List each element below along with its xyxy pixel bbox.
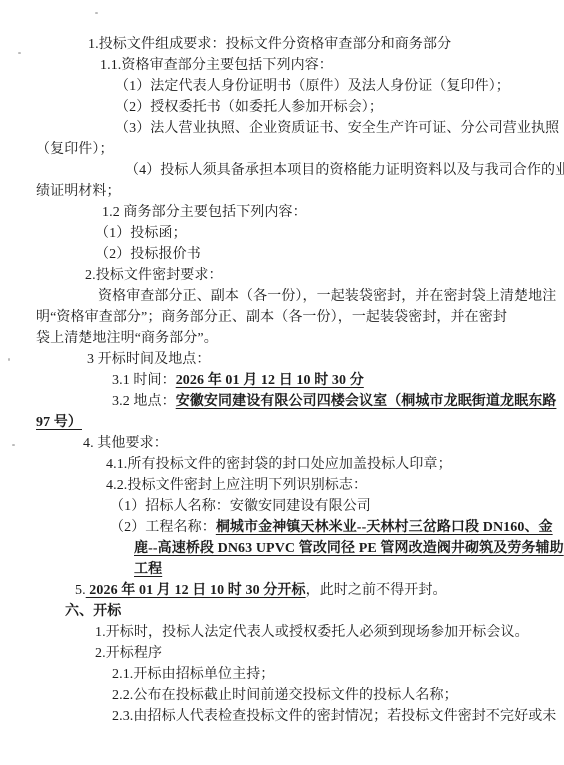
text-segment: ，此时之前不得开封。 <box>306 583 447 598</box>
document-line: 鹿--高速桥段 DN63 UPVC 管改同径 PE 管网改造阀井砌筑及劳务辅助 <box>134 538 536 559</box>
document-line: 3 开标时间及地点： <box>87 349 536 370</box>
text-segment: 97 号） <box>36 415 82 430</box>
document-line: 2.3.由招标人代表检查投标文件的密封情况；若投标文件密封不完好或未 <box>112 706 536 727</box>
scan-artifact <box>18 52 21 54</box>
text-segment: 1.开标时，投标人法定代表人或授权委托人必须到现场参加开标会议。 <box>95 625 529 640</box>
text-segment: 桐城市金神镇天林米业--天林村三岔路口段 DN160、金 <box>216 520 553 535</box>
document-line: （1）投标函； <box>95 223 536 244</box>
document-body: 1.投标文件组成要求：投标文件分资格审查部分和商务部分1.1.资格审查部分主要包… <box>36 34 536 727</box>
document-line: （2）授权委托书（如委托人参加开标会）； <box>115 97 536 118</box>
text-segment: 2026 年 01 月 12 日 10 时 30 分开标 <box>86 583 306 598</box>
text-segment: （2）投标报价书 <box>95 247 201 262</box>
document-line: （2）工程名称：桐城市金神镇天林米业--天林村三岔路口段 DN160、金 <box>110 517 536 538</box>
document-line: 绩证明材料； <box>36 181 536 202</box>
text-segment: 安徽安同建设有限公司四楼会议室（桐城市龙眠街道龙眠东路 <box>176 394 557 409</box>
text-segment: （4）投标人须具备承担本项目的资格能力证明资料以及与我司合作的业 <box>125 163 564 178</box>
text-segment: 3.1 时间： <box>112 373 176 388</box>
text-segment: 明“资格审查部分”；商务部分正、副本（各一份），一起装袋密封，并在密封 <box>36 310 507 325</box>
document-line: 工程 <box>134 559 536 580</box>
text-segment: （复印件）； <box>36 142 114 157</box>
text-segment: 2.2.公布在投标截止时间前递交投标文件的投标人名称； <box>112 688 458 703</box>
text-segment: 4.1.所有投标文件的密封袋的封口处应加盖投标人印章； <box>106 457 452 472</box>
document-line: 4. 其他要求： <box>83 433 536 454</box>
text-segment: 3.2 地点： <box>112 394 176 409</box>
text-segment: （3）法人营业执照、企业资质证书、安全生产许可证、分公司营业执照 <box>115 121 559 136</box>
text-segment: （1）招标人名称：安徽安同建设有限公司 <box>110 499 371 514</box>
text-segment: 工程 <box>134 562 162 577</box>
text-segment: 1.1.资格审查部分主要包括下列内容： <box>100 58 333 73</box>
document-line: 1.1.资格审查部分主要包括下列内容： <box>100 55 536 76</box>
document-line: 1.投标文件组成要求：投标文件分资格审查部分和商务部分 <box>88 34 536 55</box>
text-segment: 2.开标程序 <box>95 646 162 661</box>
text-segment: 2026 年 01 月 12 日 10 时 30 分 <box>176 373 364 388</box>
text-segment: 2.投标文件密封要求： <box>85 268 223 283</box>
document-line: 3.2 地点：安徽安同建设有限公司四楼会议室（桐城市龙眠街道龙眠东路 <box>112 391 536 412</box>
document-line: （3）法人营业执照、企业资质证书、安全生产许可证、分公司营业执照 <box>115 118 536 139</box>
text-segment: 鹿--高速桥段 DN63 UPVC 管改同径 PE 管网改造阀井砌筑及劳务辅助 <box>134 541 564 556</box>
text-segment: 5. <box>75 583 86 598</box>
document-page: 1.投标文件组成要求：投标文件分资格审查部分和商务部分1.1.资格审查部分主要包… <box>0 0 564 765</box>
text-segment: 3 开标时间及地点： <box>87 352 211 367</box>
text-segment: 绩证明材料； <box>36 184 121 199</box>
scan-artifact <box>95 12 98 14</box>
document-line: 3.1 时间：2026 年 01 月 12 日 10 时 30 分 <box>112 370 536 391</box>
text-segment: （1）法定代表人身份证明书（原件）及法人身份证（复印件）； <box>115 79 510 94</box>
text-segment: 2.3.由招标人代表检查投标文件的密封情况；若投标文件密封不完好或未 <box>112 709 556 724</box>
text-segment: 1.投标文件组成要求：投标文件分资格审查部分和商务部分 <box>88 37 451 52</box>
document-line: 明“资格审查部分”；商务部分正、副本（各一份），一起装袋密封，并在密封 <box>36 307 536 328</box>
scan-artifact <box>8 358 10 361</box>
document-line: 4.1.所有投标文件的密封袋的封口处应加盖投标人印章； <box>106 454 536 475</box>
document-line: （1）法定代表人身份证明书（原件）及法人身份证（复印件）； <box>115 76 536 97</box>
document-line: （2）投标报价书 <box>95 244 536 265</box>
document-line: 2.1.开标由招标单位主持； <box>112 664 536 685</box>
document-line: 5. 2026 年 01 月 12 日 10 时 30 分开标，此时之前不得开封… <box>75 580 536 601</box>
text-segment: 袋上清楚地注明“商务部分”。 <box>36 331 218 346</box>
text-segment: 资格审查部分正、副本（各一份），一起装袋密封，并在密封袋上清楚地注 <box>98 289 556 304</box>
document-line: 2.开标程序 <box>95 643 536 664</box>
text-segment: 1.2 商务部分主要包括下列内容： <box>102 205 307 220</box>
document-line: （复印件）； <box>36 139 536 160</box>
document-line: 资格审查部分正、副本（各一份），一起装袋密封，并在密封袋上清楚地注 <box>98 286 536 307</box>
text-segment: 4.2.投标文件密封上应注明下列识别标志： <box>106 478 367 493</box>
document-line: （4）投标人须具备承担本项目的资格能力证明资料以及与我司合作的业 <box>125 160 536 181</box>
text-segment: （1）投标函； <box>95 226 187 241</box>
text-segment: 六、开标 <box>65 604 121 619</box>
document-line: 袋上清楚地注明“商务部分”。 <box>36 328 536 349</box>
text-segment: 4. 其他要求： <box>83 436 168 451</box>
document-line: 2.投标文件密封要求： <box>85 265 536 286</box>
document-line: 1.开标时，投标人法定代表人或授权委托人必须到现场参加开标会议。 <box>95 622 536 643</box>
text-segment: 2.1.开标由招标单位主持； <box>112 667 274 682</box>
text-segment: （2）工程名称： <box>110 520 216 535</box>
document-line: 4.2.投标文件密封上应注明下列识别标志： <box>106 475 536 496</box>
scan-artifact <box>12 444 15 446</box>
document-line: 97 号） <box>36 412 536 433</box>
document-line: （1）招标人名称：安徽安同建设有限公司 <box>110 496 536 517</box>
document-line: 2.2.公布在投标截止时间前递交投标文件的投标人名称； <box>112 685 536 706</box>
text-segment: （2）授权委托书（如委托人参加开标会）； <box>115 100 383 115</box>
document-line: 六、开标 <box>65 601 536 622</box>
document-line: 1.2 商务部分主要包括下列内容： <box>102 202 536 223</box>
